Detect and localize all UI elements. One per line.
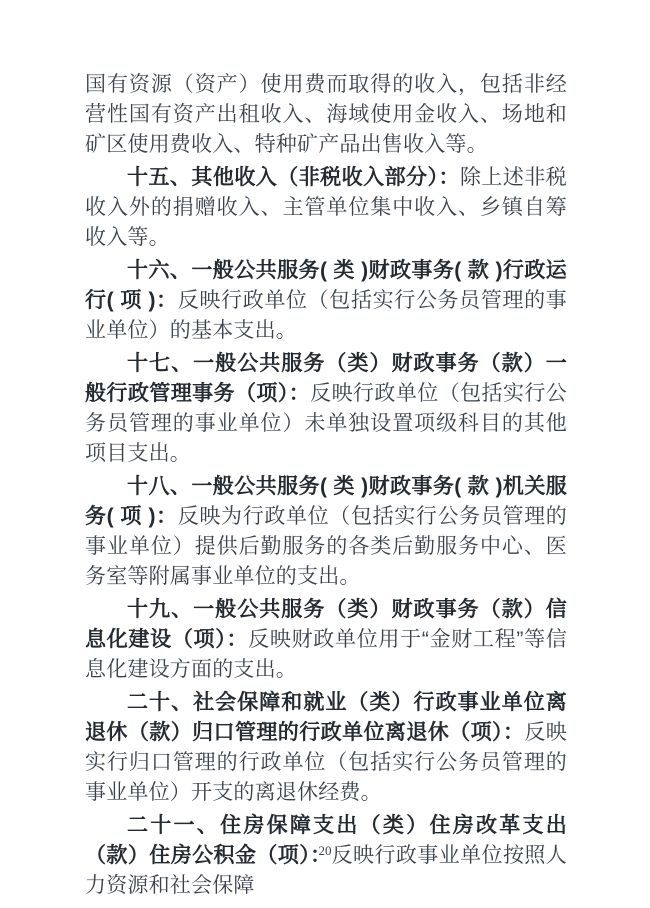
paragraph-item-19: 十九、一般公共服务（类）财政事务（款）信息化建设（项）：反映财政单位用于“金财工… <box>85 595 567 685</box>
paragraph-item-17: 十七、一般公共服务（类）财政事务（款）一般行政管理事务（项）：反映行政单位（包括… <box>85 349 567 469</box>
paragraph-body: 国有资源（资产）使用费而取得的收入，包括非经营性国有资产出租收入、海域使用金收入… <box>85 73 567 156</box>
paragraph-lead: 二十、社会保障和就业（类）行政事业单位离退休（款）归口管理的行政单位离退休（项）… <box>85 691 567 744</box>
text-block: 国有资源（资产）使用费而取得的收入，包括非经营性国有资产出租收入、海域使用金收入… <box>85 70 567 901</box>
page-number: 20 <box>0 843 650 859</box>
paragraph-continuation: 国有资源（资产）使用费而取得的收入，包括非经营性国有资产出租收入、海域使用金收入… <box>85 70 567 160</box>
paragraph-item-20: 二十、社会保障和就业（类）行政事业单位离退休（款）归口管理的行政单位离退休（项）… <box>85 688 567 808</box>
paragraph-item-16: 十六、一般公共服务( 类 )财政事务( 款 )行政运行( 项 )：反映行政单位（… <box>85 256 567 346</box>
paragraph-item-18: 十八、一般公共服务( 类 )财政事务( 款 )机关服务( 项 )：反映为行政单位… <box>85 472 567 592</box>
document-page: 国有资源（资产）使用费而取得的收入，包括非经营性国有资产出租收入、海域使用金收入… <box>0 0 650 908</box>
paragraph-lead: 十五、其他收入（非税收入部分）： <box>127 166 460 189</box>
paragraph-item-15: 十五、其他收入（非税收入部分）：除上述非税收入外的捐赠收入、主管单位集中收入、乡… <box>85 163 567 253</box>
